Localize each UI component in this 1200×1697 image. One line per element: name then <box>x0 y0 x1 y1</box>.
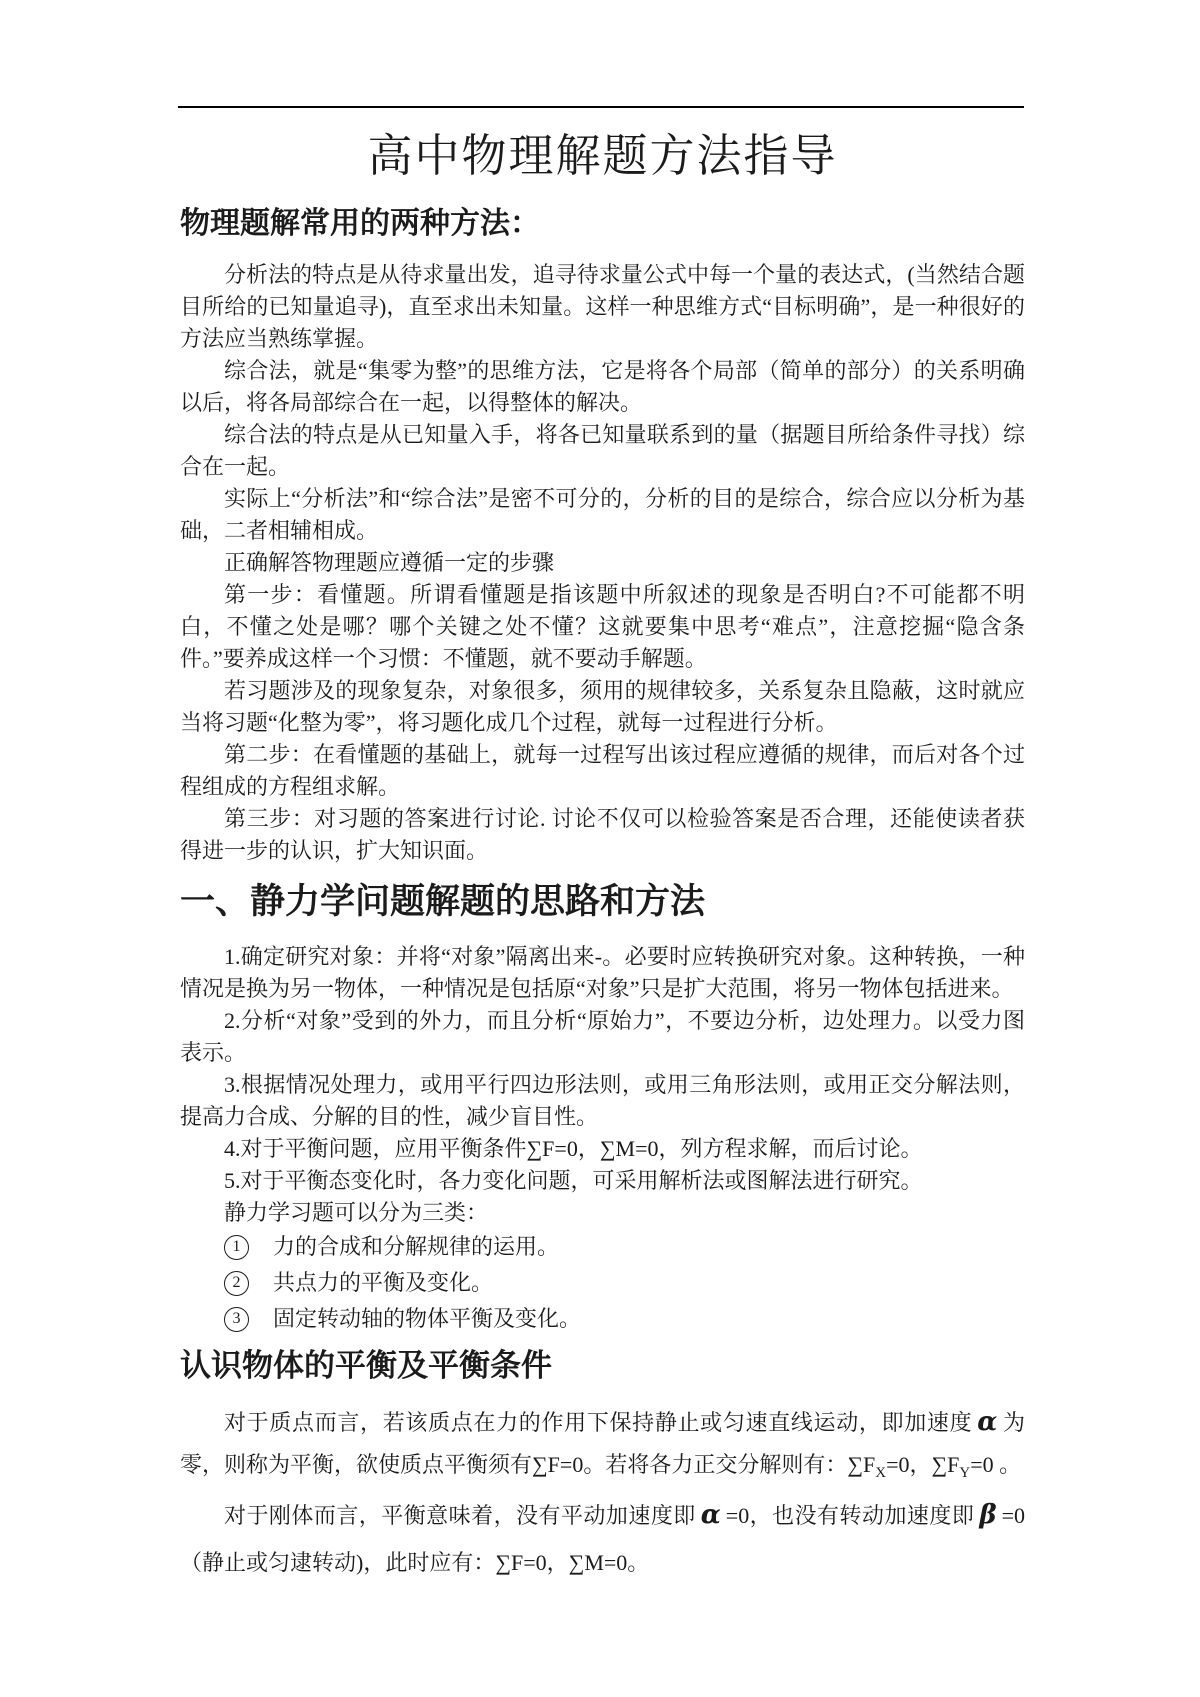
paragraph-step-two: 第二步：在看懂题的基础上，就每一过程写出该过程应遵循的规律，而后对各个过程组成的… <box>180 739 1025 803</box>
paragraph-step-three: 第三步：对习题的答案进行讨论. 讨论不仅可以检验答案是否合理，还能使读者获得进一… <box>180 803 1025 867</box>
document-content: 高中物理解题方法指导 物理题解常用的两种方法： 分析法的特点是从待求量出发，追寻… <box>180 125 1025 1586</box>
paragraph-analysis-method: 分析法的特点是从待求量出发，追寻待求量公式中每一个量的表达式，(当然结合题目所给… <box>180 259 1025 355</box>
paragraph-particle-equilibrium: 对于质点而言，若该质点在力的作用下保持静止或匀速直线运动，即加速度α为零，则称为… <box>180 1401 1025 1486</box>
paragraph-statics-2: 2.分析“对象”受到的外力，而且分析“原始力”，不要边分析，边处理力。以受力图表… <box>180 1005 1025 1069</box>
paragraph-methods-relation: 实际上“分析法”和“综合法”是密不可分的，分析的目的是综合，综合应以分析为基础，… <box>180 483 1025 547</box>
alpha-symbol: α <box>977 1407 997 1437</box>
paragraph-synthesis-feature: 综合法的特点是从已知量入手，将各已知量联系到的量（据题目所给条件寻找）综合在一起… <box>180 419 1025 483</box>
document-title: 高中物理解题方法指导 <box>180 125 1025 187</box>
paragraph-synthesis-method: 综合法，就是“集零为整”的思维方法，它是将各个局部（简单的部分）的关系明确以后，… <box>180 355 1025 419</box>
paragraph-statics-3: 3.根据情况处理力，或用平行四边形法则，或用三角形法则，或用正交分解法则，提高力… <box>180 1069 1025 1133</box>
paragraph-statics-1: 1.确定研究对象：并将“对象”隔离出来-。必要时应转换研究对象。这种转换，一种情… <box>180 941 1025 1005</box>
paragraph-step-one: 第一步：看懂题。所谓看懂题是指该题中所叙述的现象是否明白?不可能都不明白，不懂之… <box>180 579 1025 675</box>
list-item-text: 力的合成和分解规律的运用。 <box>273 1229 559 1265</box>
alpha-symbol: α <box>701 1500 721 1530</box>
list-item-text: 共点力的平衡及变化。 <box>273 1265 493 1301</box>
list-item: 2 共点力的平衡及变化。 <box>180 1265 1025 1301</box>
document-page: 高中物理解题方法指导 物理题解常用的两种方法： 分析法的特点是从待求量出发，追寻… <box>0 0 1200 1697</box>
beta-symbol: β <box>979 1500 996 1530</box>
paragraph-steps-intro: 正确解答物理题应遵循一定的步骤 <box>180 547 1025 579</box>
paragraph-statics-4: 4.对于平衡问题，应用平衡条件∑F=0，∑M=0，列方程求解，而后讨论。 <box>180 1133 1025 1165</box>
paragraph-rigid-body-equilibrium: 对于刚体而言，平衡意味着，没有平动加速度即α=0，也没有转动加速度即β=0（静止… <box>180 1492 1025 1586</box>
rigid-text-1: 对于刚体而言，平衡意味着，没有平动加速度即 <box>224 1503 696 1528</box>
header-rule <box>178 106 1024 108</box>
paragraph-complex-problems: 若习题涉及的现象复杂，对象很多，须用的规律较多，关系复杂且隐蔽，这时就应当将习题… <box>180 675 1025 739</box>
list-item-text: 固定转动轴的物体平衡及变化。 <box>273 1301 581 1337</box>
circled-number-icon: 3 <box>224 1307 249 1332</box>
list-item: 3 固定转动轴的物体平衡及变化。 <box>180 1301 1025 1337</box>
list-item: 1 力的合成和分解规律的运用。 <box>180 1229 1025 1265</box>
particle-formula-mid: =0，∑F <box>886 1452 959 1477</box>
section2-heading: 一、静力学问题解题的思路和方法 <box>180 879 1025 925</box>
section3-heading: 认识物体的平衡及平衡条件 <box>180 1345 1025 1387</box>
particle-text-3: =0 。 <box>970 1452 1021 1477</box>
section1-heading: 物理题解常用的两种方法： <box>180 203 1025 245</box>
circled-number-icon: 2 <box>224 1271 249 1296</box>
particle-text-1: 对于质点而言，若该质点在力的作用下保持静止或匀速直线运动，即加速度 <box>224 1410 972 1435</box>
subscript-y: Y <box>959 1465 970 1481</box>
rigid-text-2: =0，也没有转动加速度即 <box>726 1503 975 1528</box>
paragraph-statics-5: 5.对于平衡态变化时，各力变化问题，可采用解析法或图解法进行研究。 <box>180 1165 1025 1197</box>
subscript-x: X <box>875 1465 886 1481</box>
circled-number-icon: 1 <box>224 1235 249 1260</box>
paragraph-three-types-intro: 静力学习题可以分为三类： <box>180 1197 1025 1229</box>
